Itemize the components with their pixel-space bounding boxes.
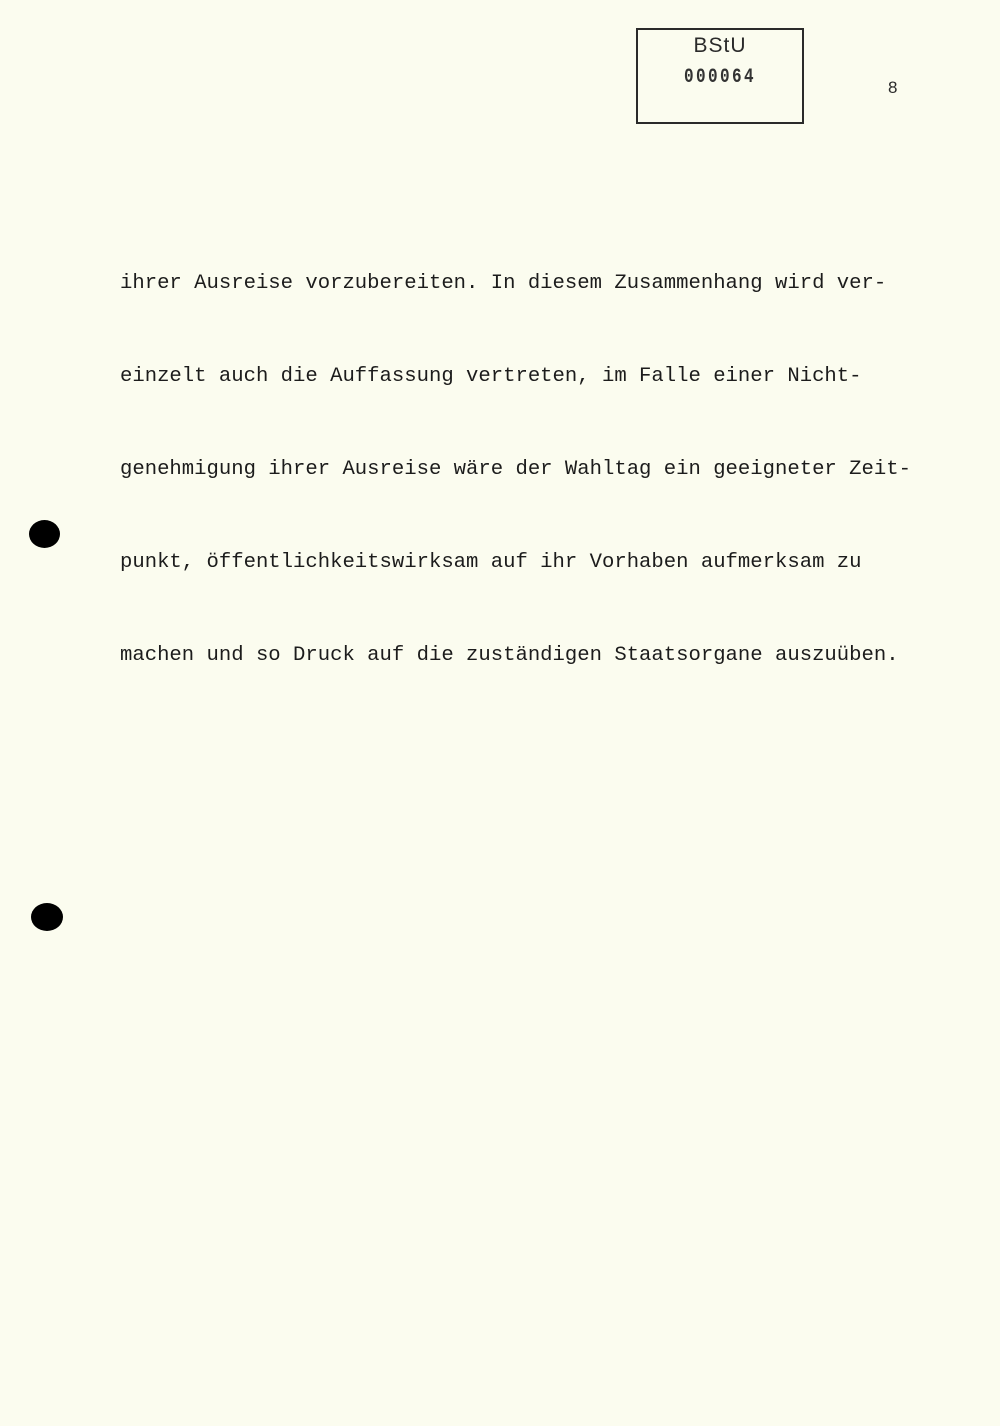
punch-hole-icon <box>29 520 60 548</box>
text-line: ihrer Ausreise vorzubereiten. In diesem … <box>120 268 920 299</box>
page-number: 8 <box>888 78 897 98</box>
stamp-title: BStU <box>638 34 802 58</box>
text-line: einzelt auch die Auffassung vertreten, i… <box>120 361 920 392</box>
text-line: punkt, öffentlichkeitswirksam auf ihr Vo… <box>120 547 920 578</box>
archive-stamp: BStU 000064 <box>636 28 804 124</box>
text-line: genehmigung ihrer Ausreise wäre der Wahl… <box>120 454 920 485</box>
stamp-number: 000064 <box>654 66 785 89</box>
text-line: machen und so Druck auf die zuständigen … <box>120 640 920 671</box>
punch-hole-icon <box>31 903 63 931</box>
body-paragraph: ihrer Ausreise vorzubereiten. In diesem … <box>120 206 920 702</box>
